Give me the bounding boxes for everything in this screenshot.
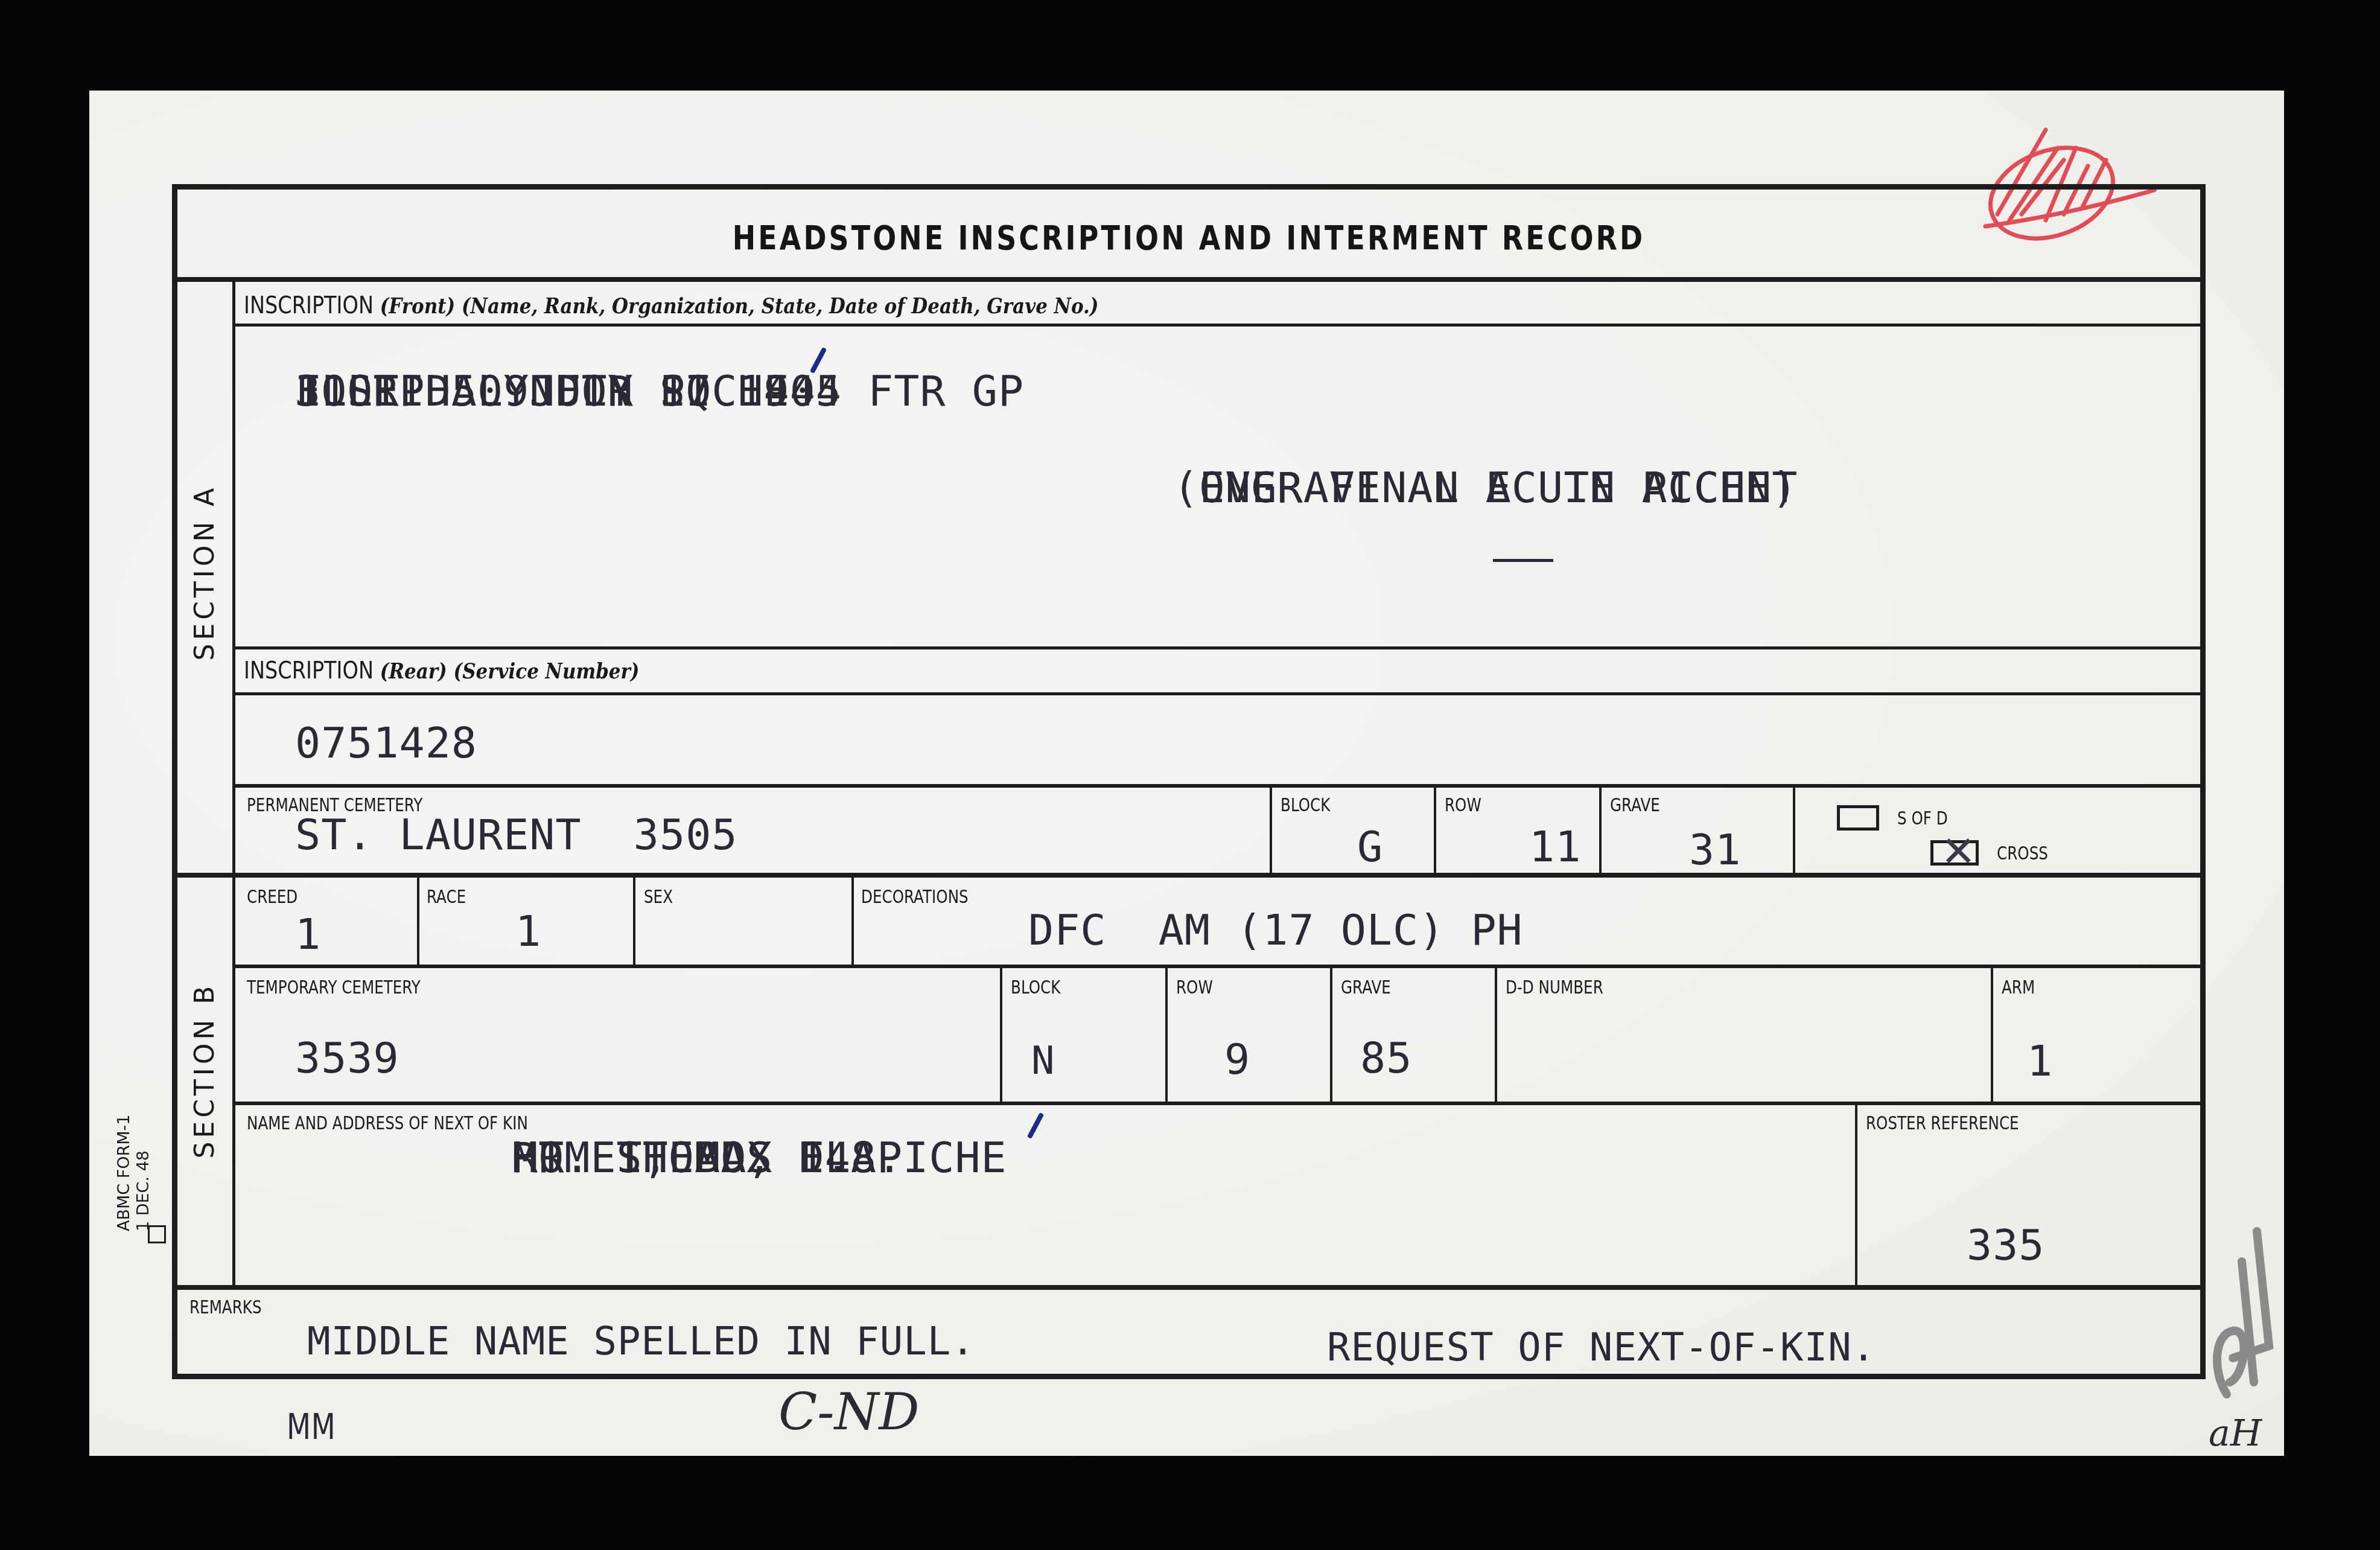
race-label: RACE	[427, 887, 466, 908]
remarks-text-right[interactable]: REQUEST OF NEXT-OF-KIN.	[1327, 1324, 1876, 1371]
title-divider	[177, 277, 2200, 282]
permanent-cemetery-value[interactable]: ST. LAURENT 3505	[295, 811, 737, 858]
sex-label: SEX	[644, 887, 673, 908]
inscription-front-hint: (Front) (Name, Rank, Organization, State…	[380, 293, 1099, 319]
rear-inscription-bottom	[232, 784, 2200, 788]
handwritten-c-nd: C-ND	[778, 1382, 920, 1441]
temp-arm-divider	[1991, 967, 1993, 1103]
section-divider	[177, 873, 2200, 878]
temp-grave-label: GRAVE	[1341, 977, 1391, 998]
perm-row-divider	[1434, 786, 1436, 875]
decorations-value[interactable]: DFC AM (17 OLC) PH	[1028, 907, 1523, 954]
next-of-kin-city: HOMESTEAD, FLA.	[512, 1134, 903, 1181]
cross-checkbox-x-icon: ✕	[1941, 831, 1976, 873]
perm-grave-divider	[1599, 786, 1602, 875]
perm-block-divider	[1270, 786, 1272, 875]
headstone-form: HEADSTONE INSCRIPTION AND INTERMENT RECO…	[172, 184, 2206, 1379]
creed-label: CREED	[247, 887, 297, 908]
acute-accent-mark-icon	[1027, 1112, 1045, 1139]
next-of-kin-label: NAME AND ADDRESS OF NEXT OF KIN	[247, 1113, 528, 1134]
inscription-rear-hint: (Rear) (Service Number)	[380, 659, 640, 684]
creed-divider	[417, 875, 419, 966]
service-number[interactable]: 0751428	[295, 719, 477, 767]
pencil-check-mark-icon	[2209, 1225, 2281, 1406]
decorations-label: DECORATIONS	[861, 887, 969, 908]
temp-dd-divider	[1495, 967, 1497, 1103]
section-a-label: SECTION A	[189, 498, 220, 661]
temp-block-divider	[1000, 967, 1002, 1103]
section-column-divider	[232, 277, 235, 1288]
form-date: 1 DEC. 48	[134, 1115, 153, 1231]
perm-row-label: ROW	[1445, 795, 1481, 816]
temp-row-divider	[1165, 967, 1168, 1103]
arm-label: ARM	[2002, 977, 2035, 998]
race-value[interactable]: 1	[515, 908, 541, 955]
remarks-label: REMARKS	[189, 1297, 262, 1318]
s-of-d-checkbox[interactable]	[1837, 805, 1879, 831]
roster-divider	[1855, 1104, 1857, 1287]
perm-grave-value[interactable]: 31	[1689, 826, 1741, 873]
cross-label: CROSS	[1997, 843, 2048, 864]
temporary-cemetery-value[interactable]: 3539	[295, 1035, 399, 1082]
temp-row-value[interactable]: 9	[1224, 1036, 1250, 1083]
perm-marker-divider	[1793, 786, 1795, 875]
letter-e-underline	[1493, 559, 1553, 562]
initials-mm: MM	[287, 1403, 336, 1450]
inscription-line-grave: 31	[295, 368, 347, 415]
temp-block-value[interactable]: N	[1031, 1038, 1055, 1085]
temp-grave-value[interactable]: 85	[1360, 1035, 1412, 1082]
perm-block-label: BLOCK	[1281, 795, 1330, 816]
section-b-label: SECTION B	[189, 996, 220, 1159]
engraving-note-line-2: OVER FINAL E IN PICHE)	[1173, 464, 1798, 511]
margin-checkbox[interactable]	[148, 1225, 166, 1243]
temporary-cemetery-label: TEMPORARY CEMETERY	[247, 977, 421, 998]
rear-label-divider	[232, 692, 2200, 695]
temp-grave-divider	[1330, 967, 1332, 1103]
inscription-front-label: INSCRIPTION (Front) (Name, Rank, Organiz…	[244, 292, 1098, 319]
form-number: ABMC FORM-1	[115, 1115, 134, 1231]
remarks-text-left[interactable]: MIDDLE NAME SPELLED IN FULL.	[307, 1318, 975, 1365]
inscription-line-state-date: FLORIDA JULY 17 1944	[295, 368, 842, 415]
remarks-divider	[177, 1285, 2200, 1290]
front-inscription-bottom	[232, 646, 2200, 649]
front-label-divider	[232, 324, 2200, 327]
s-of-d-label: S OF D	[1897, 808, 1948, 829]
sex-divider	[851, 875, 854, 966]
form-title: HEADSTONE INSCRIPTION AND INTERMENT RECO…	[360, 218, 2019, 258]
personal-row-bottom	[232, 965, 2200, 968]
perm-row-value[interactable]: 11	[1529, 823, 1581, 870]
perm-grave-label: GRAVE	[1610, 795, 1660, 816]
handwritten-corner-initials: aH	[2209, 1412, 2262, 1455]
arm-value[interactable]: 1	[2027, 1038, 2053, 1085]
creed-value[interactable]: 1	[295, 911, 321, 958]
inscription-rear-label: INSCRIPTION (Rear) (Service Number)	[244, 657, 640, 684]
roster-reference-label: ROSTER REFERENCE	[1866, 1113, 2019, 1134]
temporary-row-bottom	[232, 1102, 2200, 1105]
perm-block-value[interactable]: G	[1357, 823, 1383, 870]
temp-row-label: ROW	[1176, 977, 1213, 998]
race-divider	[633, 875, 635, 966]
form-number-margin: ABMC FORM-1 1 DEC. 48	[115, 1115, 153, 1231]
temp-block-label: BLOCK	[1011, 977, 1060, 998]
dd-number-label: D-D NUMBER	[1506, 977, 1603, 998]
roster-reference-value[interactable]: 335	[1967, 1222, 2044, 1269]
